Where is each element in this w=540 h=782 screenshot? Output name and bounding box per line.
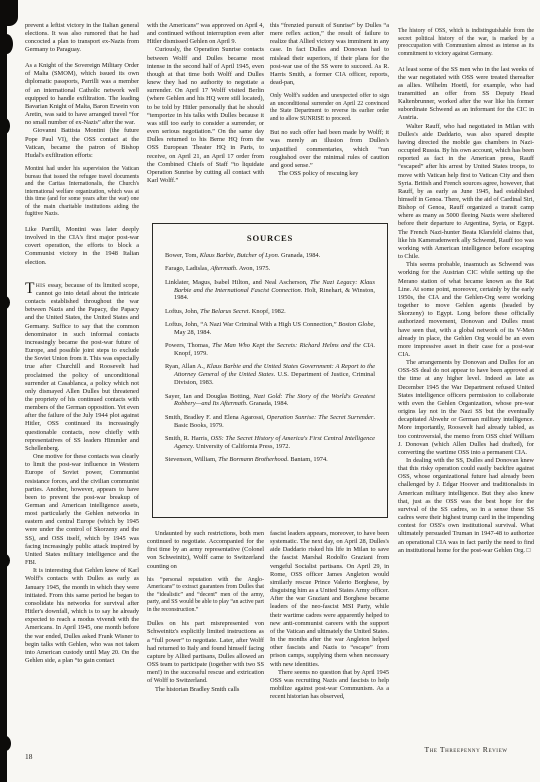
paragraph: The arrangements by Donovan and Dulles f…	[398, 359, 534, 457]
scan-artifact	[0, 118, 10, 134]
paragraph: this “frenzied pursuit of Sunrise” by Du…	[270, 22, 389, 87]
extract-paragraph: his “personal reputation with the Anglo-…	[147, 577, 264, 615]
scan-artifact	[0, 34, 13, 54]
paragraph: But no such offer had been made by Wolff…	[270, 129, 389, 170]
scan-artifact	[0, 736, 11, 751]
article-column-3-bottom: fascist leaders appears, moreover, to ha…	[270, 530, 389, 756]
source-entry: Smith, R. Harris, OSS: The Secret Histor…	[165, 435, 375, 451]
source-entry: Loftus, John, The Belarus Secret. Knopf,…	[165, 308, 375, 316]
extract-paragraph: Montini had under his supervision the Va…	[25, 166, 139, 219]
scan-artifact	[0, 296, 10, 309]
source-entry: Smith, Bradley F. and Elena Agarossi, Op…	[165, 414, 375, 430]
paragraph: with the Americans” was approved on Apri…	[147, 22, 264, 46]
source-entry: Farago, Ladislas, Aftermath. Avon, 1975.	[165, 265, 375, 273]
paragraph: Dulles on his part misrepresented von Sc…	[147, 620, 264, 685]
paragraph: Curiously, the Operation Sunrise contact…	[147, 46, 264, 185]
paragraph: It is interesting that Gehlen knew of Ka…	[25, 567, 139, 665]
paragraph: There seems no question that by April 19…	[270, 669, 389, 702]
scan-artifact	[0, 554, 10, 567]
paragraph: fascist leaders appears, moreover, to ha…	[270, 530, 389, 669]
source-entry: Loftus, John, “A Nazi War Criminal With …	[165, 321, 375, 337]
magazine-page: prevent a leftist victory in the Italian…	[0, 0, 540, 782]
article-column-4: The history of OSS, which is indistingui…	[398, 22, 534, 734]
article-column-2-bottom: Undaunted by such restrictions, both men…	[147, 530, 264, 756]
sources-list: Bower, Tom, Klaus Barbie, Butcher of Lyo…	[165, 252, 375, 464]
sources-heading: SOURCES	[165, 233, 375, 243]
sources-box: SOURCES Bower, Tom, Klaus Barbie, Butche…	[152, 223, 388, 518]
paragraph: Giovanni Battista Montini (the future Po…	[25, 127, 139, 160]
paragraph: This seems probable, inasmuch as Schwend…	[398, 261, 534, 359]
drop-cap: T	[25, 282, 36, 296]
small-caps: HIS	[36, 283, 46, 289]
source-entry: Bower, Tom, Klaus Barbie, Butcher of Lyo…	[165, 252, 375, 260]
magazine-title-footer: The Threepenny Review	[398, 745, 534, 754]
article-column-1: prevent a leftist victory in the Italian…	[25, 22, 139, 746]
source-entry: Stevenson, William, The Bormann Brotherh…	[165, 456, 375, 464]
source-entry: Ryan, Allan A., Klaus Barbie and the Uni…	[165, 363, 375, 387]
paragraph: Undaunted by such restrictions, both men…	[147, 530, 264, 571]
paragraph: In dealing with the SS, Dulles and Donov…	[398, 457, 534, 555]
paragraph: Walter Rauff, who had negotiated in Mila…	[398, 123, 534, 262]
source-entry: Linklater, Magus, Isabel Hilton, and Nea…	[165, 279, 375, 303]
paragraph: prevent a leftist victory in the Italian…	[25, 22, 139, 55]
paragraph: Like Parrilli, Montini was later deeply …	[25, 226, 139, 267]
paragraph: THIS essay, because of its limited scope…	[25, 282, 139, 453]
paragraph: One motive for these contacts was clearl…	[25, 453, 139, 567]
page-number: 18	[25, 752, 32, 761]
article-column-2-top: with the Americans” was approved on Apri…	[147, 22, 264, 222]
paragraph: The OSS policy of rescuing key	[270, 170, 389, 178]
source-entry: Sayer, Ian and Douglas Botting, Nazi Gol…	[165, 393, 375, 409]
article-column-3-top: this “frenzied pursuit of Sunrise” by Du…	[270, 22, 389, 222]
source-entry: Powers, Thomas, The Man Who Kept the Sec…	[165, 342, 375, 358]
paragraph: At least some of the SS men who in the l…	[398, 66, 534, 123]
paragraph: The historian Bradley Smith calls	[147, 686, 264, 694]
paragraph: As a Knight of the Sovereign Military Or…	[25, 62, 139, 127]
extract-paragraph: The history of OSS, which is indistingui…	[398, 28, 534, 58]
scan-artifact	[0, 0, 18, 26]
extract-paragraph: Only Wolff's sudden and unexpected offer…	[270, 93, 389, 123]
